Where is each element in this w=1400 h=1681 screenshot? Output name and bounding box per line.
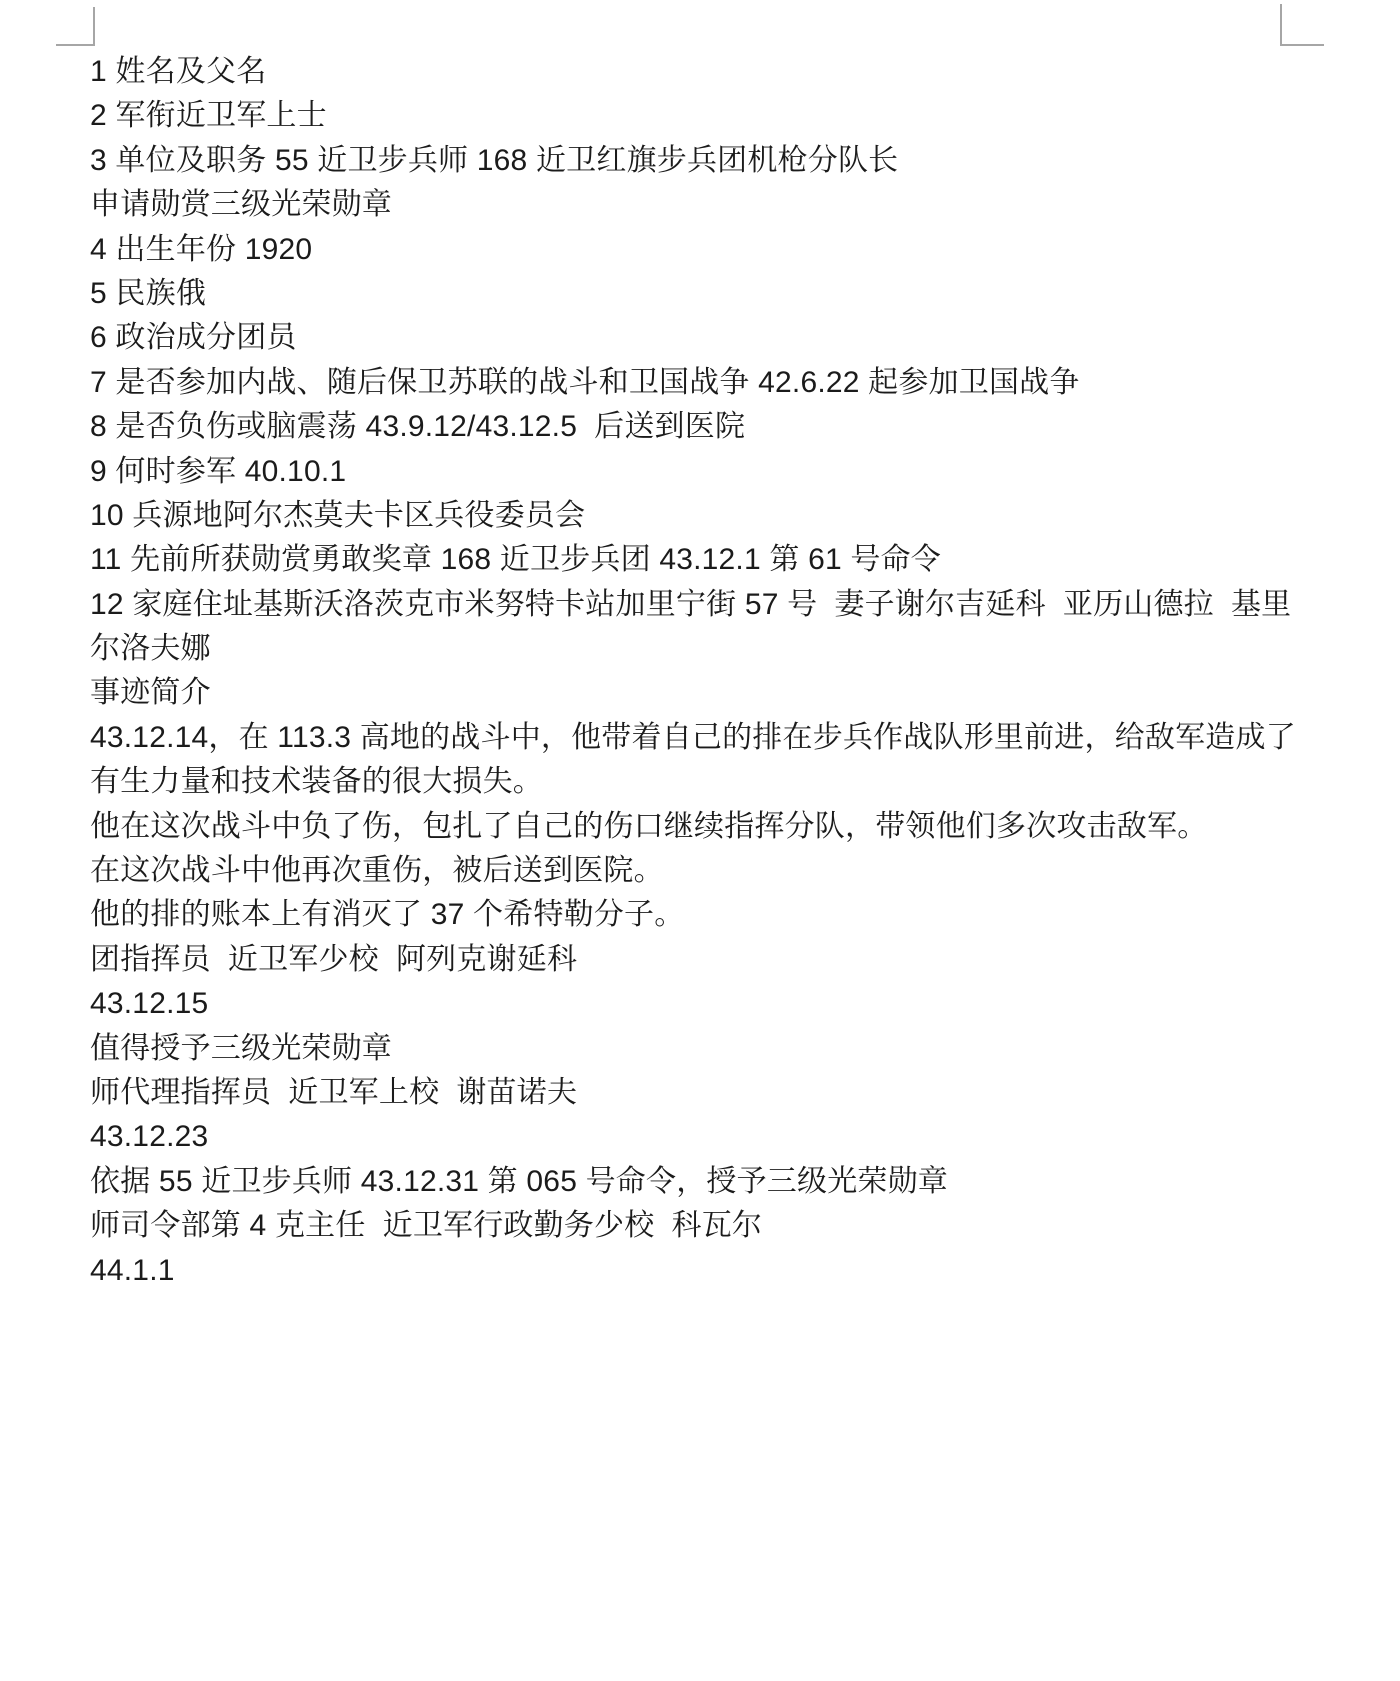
text-line: 值得授予三级光荣勋章 — [90, 1027, 1330, 1071]
crop-mark-top-left-icon — [56, 7, 95, 46]
crop-mark-top-right-icon — [1280, 4, 1324, 46]
text-line: 他的排的账本上有消灭了 37 个希特勒分子。 — [90, 893, 1330, 937]
document-text-body: 1 姓名及父名2 军衔近卫军上士3 单位及职务 55 近卫步兵师 168 近卫红… — [90, 50, 1330, 1293]
text-line: 44.1.1 — [90, 1249, 1330, 1293]
text-line: 7 是否参加内战、随后保卫苏联的战斗和卫国战争 42.6.22 起参加卫国战争 — [90, 361, 1330, 405]
text-line: 3 单位及职务 55 近卫步兵师 168 近卫红旗步兵团机枪分队长 — [90, 139, 1330, 183]
text-line: 2 军衔近卫军上士 — [90, 94, 1330, 138]
text-line: 10 兵源地阿尔杰莫夫卡区兵役委员会 — [90, 494, 1330, 538]
document-page: 1 姓名及父名2 军衔近卫军上士3 单位及职务 55 近卫步兵师 168 近卫红… — [0, 0, 1400, 1681]
text-line: 事迹简介 — [90, 671, 1330, 715]
text-line: 9 何时参军 40.10.1 — [90, 450, 1330, 494]
text-line: 团指挥员 近卫军少校 阿列克谢延科 — [90, 938, 1330, 982]
text-line: 43.12.23 — [90, 1115, 1330, 1159]
text-line: 师代理指挥员 近卫军上校 谢苗诺夫 — [90, 1071, 1330, 1115]
text-line: 尔洛夫娜 — [90, 627, 1330, 671]
text-line: 4 出生年份 1920 — [90, 228, 1330, 272]
text-line: 他在这次战斗中负了伤，包扎了自己的伤口继续指挥分队，带领他们多次攻击敌军。 — [90, 805, 1330, 849]
text-line: 有生力量和技术装备的很大损失。 — [90, 760, 1330, 804]
text-line: 43.12.14，在 113.3 高地的战斗中，他带着自己的排在步兵作战队形里前… — [90, 716, 1330, 760]
text-line: 师司令部第 4 克主任 近卫军行政勤务少校 科瓦尔 — [90, 1204, 1330, 1248]
text-line: 43.12.15 — [90, 982, 1330, 1026]
text-line: 12 家庭住址基斯沃洛茨克市米努特卡站加里宁街 57 号 妻子谢尔吉延科 亚历山… — [90, 583, 1330, 627]
text-line: 在这次战斗中他再次重伤，被后送到医院。 — [90, 849, 1330, 893]
text-line: 11 先前所获勋赏勇敢奖章 168 近卫步兵团 43.12.1 第 61 号命令 — [90, 538, 1330, 582]
text-line: 申请勋赏三级光荣勋章 — [90, 183, 1330, 227]
text-line: 8 是否负伤或脑震荡 43.9.12/43.12.5 后送到医院 — [90, 405, 1330, 449]
text-line: 依据 55 近卫步兵师 43.12.31 第 065 号命令，授予三级光荣勋章 — [90, 1160, 1330, 1204]
text-line: 6 政治成分团员 — [90, 316, 1330, 360]
text-line: 1 姓名及父名 — [90, 50, 1330, 94]
text-line: 5 民族俄 — [90, 272, 1330, 316]
